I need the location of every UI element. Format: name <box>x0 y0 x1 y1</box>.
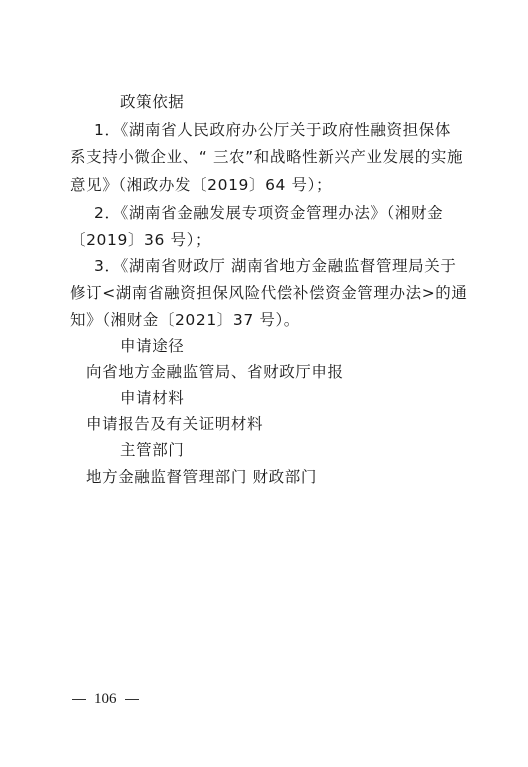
policy-item-1-line-3: 意见》（湘政办发〔2019〕64 号）； <box>70 175 462 195</box>
policy-item-3-line-1: 3．《湖南省财政厅 湖南省地方金融监督管理局关于 <box>94 256 486 276</box>
application-materials-text: 申请报告及有关证明材料 <box>86 414 478 434</box>
dash-right <box>125 699 139 700</box>
dash-left <box>72 699 86 700</box>
page-number: 106 <box>64 691 147 708</box>
policy-item-3-line-3: 知》（湘财金〔2021〕37 号）。 <box>70 310 462 330</box>
page-number-value: 106 <box>94 691 117 707</box>
policy-item-1-line-2: 系支持小微企业、“ 三农”和战略性新兴产业发展的实施 <box>70 147 462 167</box>
heading-policy-basis: 政策依据 <box>120 92 512 112</box>
policy-item-3-line-2: 修订<湖南省融资担保风险代偿补偿资金管理办法>的通 <box>70 283 462 303</box>
heading-application-channel: 申请途径 <box>120 336 512 356</box>
policy-item-2-line-1: 2．《湖南省金融发展专项资金管理办法》（湘财金 <box>94 203 486 223</box>
heading-application-materials: 申请材料 <box>120 388 512 408</box>
policy-item-1-line-1: 1．《湖南省人民政府办公厅关于政府性融资担保体 <box>94 120 486 140</box>
application-channel-text: 向省地方金融监管局、省财政厅申报 <box>86 362 478 382</box>
document-page: 政策依据 1．《湖南省人民政府办公厅关于政府性融资担保体 系支持小微企业、“ 三… <box>0 0 528 767</box>
policy-item-2-line-2: 〔2019〕36 号）； <box>70 230 462 250</box>
competent-department-text: 地方金融监督管理部门 财政部门 <box>86 467 478 487</box>
heading-competent-department: 主管部门 <box>120 440 512 460</box>
